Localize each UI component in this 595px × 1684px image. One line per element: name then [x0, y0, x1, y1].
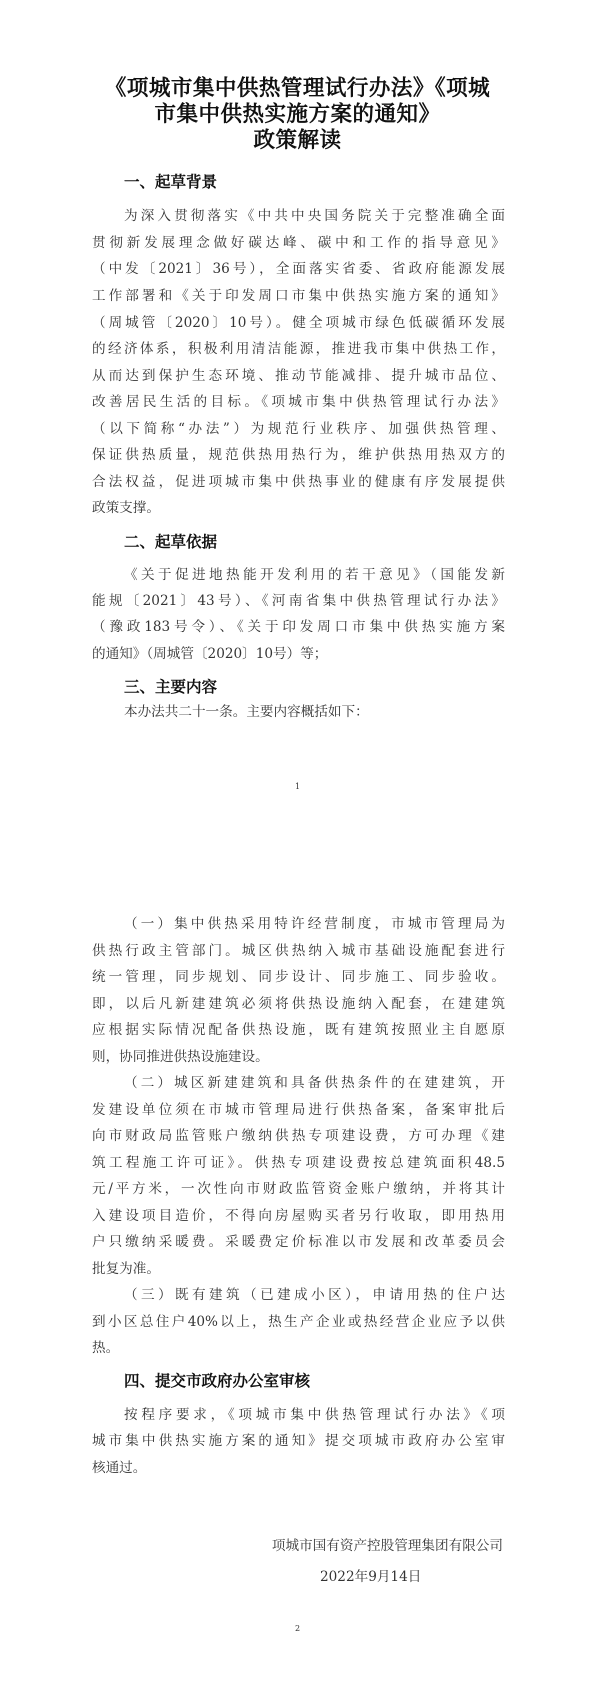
text-line: 《关于促进地热能开发利用的若干意见》（国能发新 [124, 565, 505, 585]
text-line: （以下简称“办法”）为规范行业秩序、加强供热管理、 [92, 419, 505, 439]
text-line: 的经济体系，积极利用清洁能源，推进我市集中供热工作， [92, 339, 505, 359]
text-line: 统一管理，同步规划、同步设计、同步施工、同步验收。 [92, 967, 505, 987]
text-line: 供热行政主管部门。城区供热纳入城市基础设施配套进行 [92, 941, 505, 961]
section-heading-basis: 二、起草依据 [124, 532, 217, 552]
text-line: 应根据实际情况配备供热设施，既有建筑按照业主自愿原 [92, 1020, 505, 1040]
text-line: 按程序要求，《项城市集中供热管理试行办法》《项 [124, 1405, 505, 1425]
page-number-2: 2 [0, 1624, 595, 1634]
document-title-line-2: 市集中供热实施方案的通知》 [0, 102, 595, 128]
section-heading-background: 一、起草背景 [124, 172, 217, 192]
text-line: 保证供热质量，规范供热用热行为，维护供热用热双方的 [92, 445, 505, 465]
text-line: （豫政183号令）、《关于印发周口市集中供热实施方案 [92, 617, 505, 637]
signature-date: 2022年9月14日 [320, 1567, 421, 1587]
text-line: 元/平方米，一次性向市财政监管资金账户缴纳，并将其计 [92, 1179, 505, 1199]
signature-organization: 项城市国有资产控股管理集团有限公司 [272, 1536, 503, 1556]
text-line: 则，协同推进供热设施建设。 [92, 1047, 505, 1067]
text-line: 为深入贯彻落实《中共中央国务院关于完整准确全面 [124, 206, 505, 226]
text-line: 入建设项目造价，不得向房屋购买者另行收取，即用热用 [92, 1206, 505, 1226]
text-line: （周城管〔2020〕10号）。健全项城市绿色低碳循环发展 [92, 313, 505, 333]
text-line: 从而达到保护生态环境、推动节能减排、提升城市品位、 [92, 366, 505, 386]
text-line: 本办法共二十一条。主要内容概括如下： [124, 702, 505, 722]
text-line: 户只缴纳采暖费。采暖费定价标准以市发展和改革委员会 [92, 1232, 505, 1252]
text-line: （三）既有建筑（已建成小区），申请用热的住户达 [124, 1285, 505, 1305]
document-title-line-3: 政策解读 [0, 128, 595, 154]
text-line: 到小区总住户40%以上，热生产企业或热经营企业应予以供 [92, 1312, 505, 1332]
text-line: （中发〔2021〕36号），全面落实省委、省政府能源发展 [92, 259, 505, 279]
text-line: （一）集中供热采用特许经营制度，市城市管理局为 [124, 914, 505, 934]
text-line: 向市财政局监管账户缴纳供热专项建设费，方可办理《建 [92, 1126, 505, 1146]
document-title-line-1: 《项城市集中供热管理试行办法》《项城 [0, 76, 595, 102]
text-line: 能规〔2021〕43号）、《河南省集中供热管理试行办法》 [92, 591, 505, 611]
text-line: 批复为准。 [92, 1259, 505, 1279]
page-number-1: 1 [0, 782, 595, 792]
section-heading-review: 四、提交市政府办公室审核 [124, 1371, 310, 1391]
section-heading-main-content: 三、主要内容 [124, 677, 217, 697]
text-line: 贯彻新发展理念做好碳达峰、碳中和工作的指导意见》 [92, 233, 505, 253]
text-line: 核通过。 [92, 1458, 505, 1478]
text-line: （二）城区新建建筑和具备供热条件的在建建筑，开 [124, 1073, 505, 1093]
text-line: 合法权益，促进项城市集中供热事业的健康有序发展提供 [92, 472, 505, 492]
text-line: 政策支撑。 [92, 498, 505, 518]
text-line: 发建设单位须在市城市管理局进行供热备案，备案审批后 [92, 1100, 505, 1120]
text-line: 改善居民生活的目标。《项城市集中供热管理试行办法》 [92, 392, 505, 412]
text-line: 工作部署和《关于印发周口市集中供热实施方案的通知》 [92, 286, 505, 306]
text-line: 热。 [92, 1338, 505, 1358]
text-line: 即，以后凡新建建筑必须将供热设施纳入配套，在建建筑 [92, 994, 505, 1014]
text-line: 城市集中供热实施方案的通知》提交项城市政府办公室审 [92, 1431, 505, 1451]
text-line: 的通知》（周城管〔2020〕10号）等； [92, 644, 505, 664]
text-line: 筑工程施工许可证》。供热专项建设费按总建筑面积48.5 [92, 1153, 505, 1173]
